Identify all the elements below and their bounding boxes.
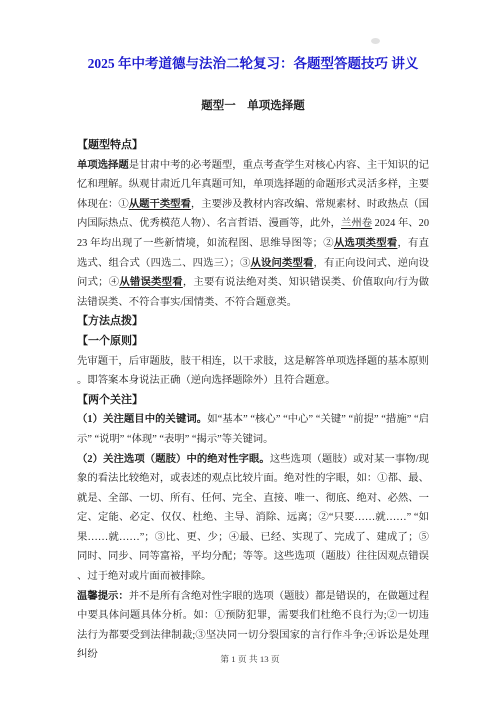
smudge-mark (371, 38, 380, 44)
section-title: 题型一 单项选择题 (77, 96, 429, 116)
section-heading: 【方法点拨】 (77, 312, 429, 332)
page-number: 第 1 页 共 13 页 (0, 653, 500, 665)
paragraph: （2）关注选项（题肢）中的绝对性字眼。这些选项（题肢）或对某一事物/现象的看法比… (77, 450, 429, 587)
section-heading: 【一个原则】 (77, 332, 429, 352)
document-title: 2025 年中考道德与法治二轮复习：各题型答题技巧 讲义 (77, 54, 429, 74)
section-heading: 【题型特点】 (77, 136, 429, 156)
paragraph: 先审题干，后审题肢，肢干相连，以干求肢，这是解答单项选择题的基本原则。即答案本身… (77, 352, 429, 391)
section-heading: 【两个关注】 (77, 391, 429, 411)
document-page: 2025 年中考道德与法治二轮复习：各题型答题技巧 讲义 题型一 单项选择题 【… (0, 0, 500, 708)
paragraph: 单项选择题是甘肃中考的必考题型，重点考查学生对核心内容、主干知识的记忆和理解。纵… (77, 156, 429, 313)
document-content: 2025 年中考道德与法治二轮复习：各题型答题技巧 讲义 题型一 单项选择题 【… (77, 54, 429, 665)
document-body: 【题型特点】单项选择题是甘肃中考的必考题型，重点考查学生对核心内容、主干知识的记… (77, 136, 429, 665)
paragraph: （1）关注题目中的关键词。如“基本” “核心” “中心” “关键” “前提” “… (77, 410, 429, 449)
